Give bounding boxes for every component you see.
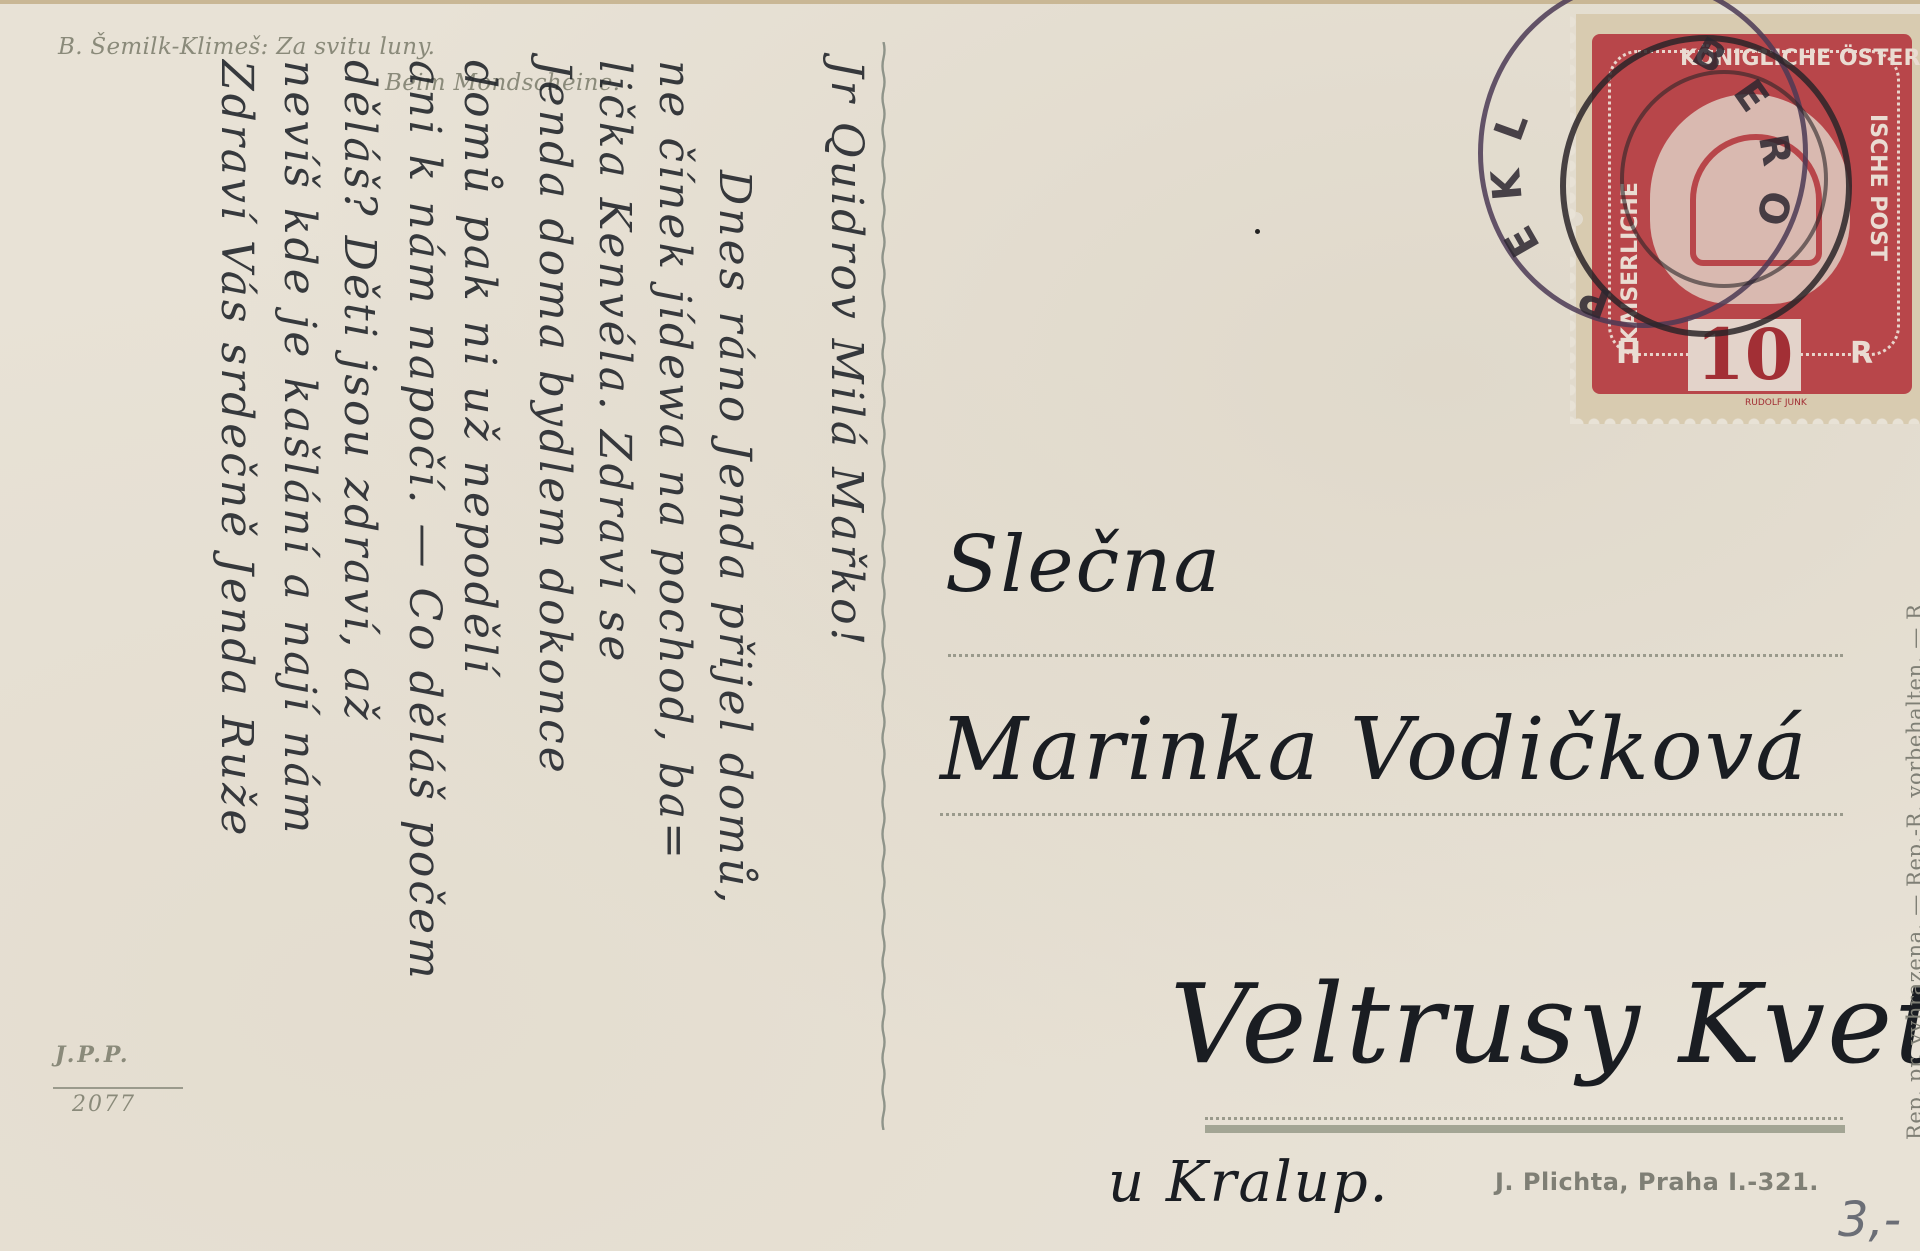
address-line-1 [948,654,1843,657]
postmark-date-ring [1620,70,1828,288]
message-column: ne čínek jídewa na pochod, ba= [649,60,700,862]
message-column: domů pak ni už nepodělí [454,60,505,676]
price-note: 3,- [1838,1192,1901,1248]
stamp-perforation-bottom [1570,412,1920,424]
message-column: nevíš kde je kašlání a nají nám [274,60,325,836]
series-number: 2077 [72,1092,136,1117]
printed-caption-czech: B. Šemilk-Klimeš: Za svitu luny. [58,34,435,60]
address-line-2 [940,813,1843,816]
postcard-back: B. Šemilk-Klimeš: Za svitu luny. Beim Mo… [0,0,1920,1251]
stamp-currency-left: H [1616,336,1641,371]
address-name: Marinka Vodičková [940,700,1809,800]
address-salutation: Slečna [945,520,1222,610]
series-mark: J.P.P. [55,1042,130,1068]
address-region: u Kralup. [1108,1150,1389,1215]
publisher-imprint: J. Plichta, Praha I.-321. [1495,1168,1819,1196]
message-column: Jenda doma bydlem dokonce [529,60,580,776]
message-column: ani k nám napočí. — Co děláš počem [399,60,450,982]
ink-dot [1255,229,1260,234]
divider-line [881,42,886,1130]
stamp-inscription-right: ISCHE POST [1865,114,1890,261]
message-column: Zdraví Vás srdečně Jenda Ruže [211,60,262,838]
address-line-3 [1205,1117,1843,1120]
message-column: Dnes ráno Jenda přijel domů, [709,170,760,906]
postmark-letter: K [1483,167,1532,202]
stamp-currency-right: R [1850,336,1873,371]
series-rule [53,1087,183,1089]
message-column: Jr Quidrov Milá Mařko! [821,60,872,648]
address-underline-bar [1205,1125,1845,1133]
message-column: lička Kenvéla. Zdraví se [589,60,640,664]
address-town: Veltrusy Kvet. [1170,960,1920,1088]
stamp-engraver: RUDOLF JUNK [1745,398,1807,408]
message-column: děláš? Děti jsou zdraví, až [334,60,385,723]
rights-notice: Rep. pr. vyhrazena. — Rep.-R. vorbehalte… [1903,603,1920,1140]
